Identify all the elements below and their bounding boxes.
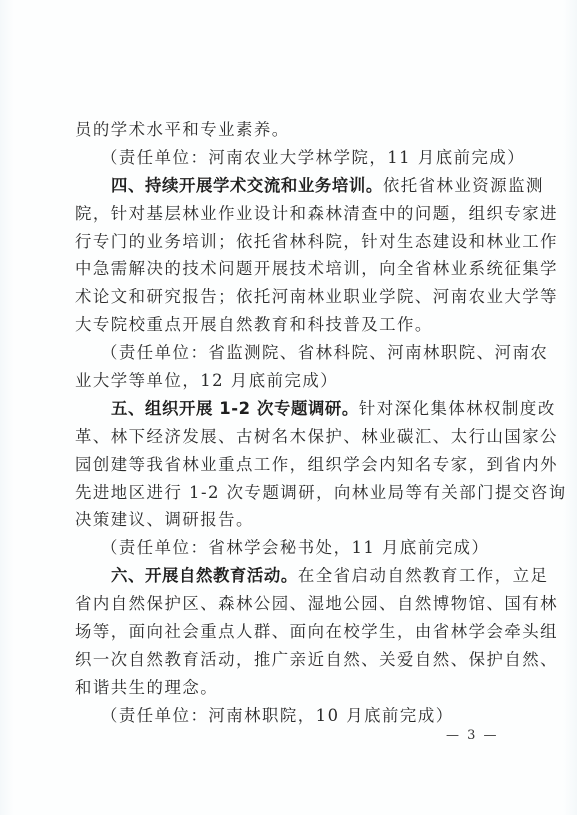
text-line: 行专门的业务培训；依托省林科院，针对生态建设和林业工作 xyxy=(75,228,489,256)
section-4-heading-line: 四、持续开展学术交流和业务培训。依托省林业资源监测 xyxy=(75,172,489,200)
responsibility-note: （责任单位：省监测院、省林科院、河南林职院、河南农 xyxy=(75,339,489,367)
text-line: 员的学术水平和专业素养。 xyxy=(75,116,489,144)
text-line: 场等，面向社会重点人群、面向在校学生，由省林学会牵头组 xyxy=(75,618,489,646)
section-heading: 六、开展自然教育活动。 xyxy=(111,566,298,585)
responsibility-note: （责任单位：省林学会秘书处，11 月底前完成） xyxy=(75,534,489,562)
text-line: 革、林下经济发展、古树名木保护、林业碳汇、太行山国家公 xyxy=(75,423,489,451)
section-6-heading-line: 六、开展自然教育活动。在全省启动自然教育工作，立足 xyxy=(75,562,489,590)
responsibility-note: （责任单位：河南林职院，10 月底前完成） xyxy=(75,702,489,730)
document-page: 员的学术水平和专业素养。 （责任单位：河南农业大学林学院，11 月底前完成） 四… xyxy=(0,0,577,815)
text-line: 大专院校重点开展自然教育和科技普及工作。 xyxy=(75,311,489,339)
text-line: 术论文和研究报告；依托河南林业职业学院、河南农业大学等 xyxy=(75,283,489,311)
text-line: 决策建议、调研报告。 xyxy=(75,506,489,534)
page-number: — 3 — xyxy=(446,728,499,743)
text-line: 省内自然保护区、森林公园、湿地公园、自然博物馆、国有林 xyxy=(75,590,489,618)
responsibility-note: （责任单位：河南农业大学林学院，11 月底前完成） xyxy=(75,144,489,172)
text-line: 先进地区进行 1-2 次专题调研，向林业局等有关部门提交咨询 xyxy=(75,479,489,507)
text-line: 院，针对基层林业作业设计和森林清查中的问题，组织专家进 xyxy=(75,200,489,228)
responsibility-note-cont: 业大学等单位，12 月底前完成） xyxy=(75,367,489,395)
section-heading: 五、组织开展 1-2 次专题调研。 xyxy=(111,399,359,418)
text-line: 和谐共生的理念。 xyxy=(75,674,489,702)
text-line: 园创建等我省林业重点工作，组织学会内知名专家，到省内外 xyxy=(75,451,489,479)
text-line: 中急需解决的技术问题开展技术培训，向全省林业系统征集学 xyxy=(75,255,489,283)
section-heading: 四、持续开展学术交流和业务培训。 xyxy=(111,176,383,195)
text-line: 织一次自然教育活动，推广亲近自然、关爱自然、保护自然、 xyxy=(75,646,489,674)
body-text: 员的学术水平和专业素养。 （责任单位：河南农业大学林学院，11 月底前完成） 四… xyxy=(75,116,489,730)
section-5-heading-line: 五、组织开展 1-2 次专题调研。针对深化集体林权制度改 xyxy=(75,395,489,423)
